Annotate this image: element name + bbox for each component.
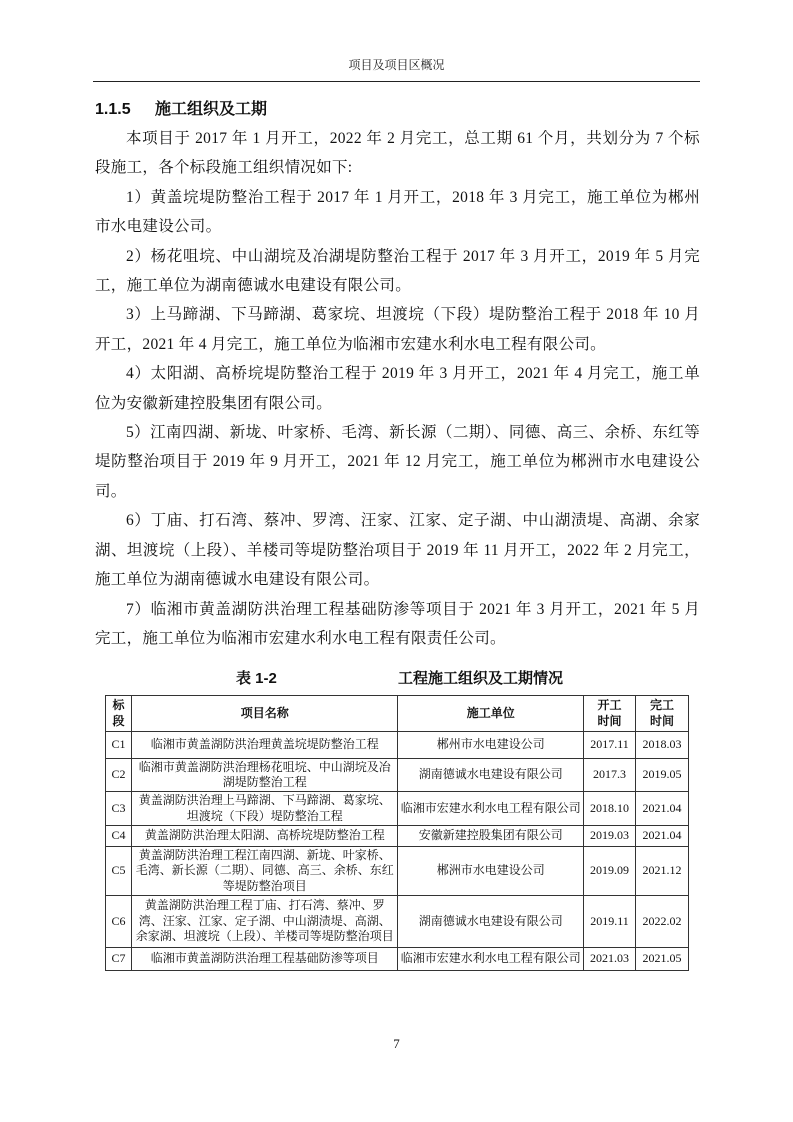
running-header: 项目及项目区概况 xyxy=(0,56,793,73)
cell-contractor: 安徽新建控股集团有限公司 xyxy=(398,826,584,847)
cell-section: C5 xyxy=(106,847,132,896)
paragraph-item-5: 5）江南四湖、新垅、叶家桥、毛湾、新长源（二期）、同德、高三、余桥、东红等堤防整… xyxy=(95,418,700,506)
cell-contractor: 郴州市水电建设公司 xyxy=(398,732,584,759)
table-row: C2 临湘市黄盖湖防洪治理杨花咀垸、中山湖垸及冶湖堤防整治工程 湖南德诚水电建设… xyxy=(106,759,689,792)
table-row: C7 临湘市黄盖湖防洪治理工程基础防渗等项目 临湘市宏建水利水电工程有限公司 2… xyxy=(106,948,689,971)
section-heading: 1.1.5施工组织及工期 xyxy=(95,96,267,119)
cell-start: 2018.10 xyxy=(584,792,636,826)
header-start-line1: 开工 xyxy=(597,698,621,712)
table-row: C1 临湘市黄盖湖防洪治理黄盖垸堤防整治工程 郴州市水电建设公司 2017.11… xyxy=(106,732,689,759)
paragraph-item-1: 1）黄盖垸堤防整治工程于 2017 年 1 月开工，2018 年 3 月完工，施… xyxy=(95,183,700,242)
table-row: C4 黄盖湖防洪治理太阳湖、高桥垸堤防整治工程 安徽新建控股集团有限公司 201… xyxy=(106,826,689,847)
cell-project: 临湘市黄盖湖防洪治理杨花咀垸、中山湖垸及冶湖堤防整治工程 xyxy=(131,759,397,792)
paragraph-item-2: 2）杨花咀垸、中山湖垸及冶湖堤防整治工程于 2017 年 3 月开工，2019 … xyxy=(95,242,700,301)
cell-start: 2019.09 xyxy=(584,847,636,896)
cell-contractor: 临湘市宏建水利水电工程有限公司 xyxy=(398,948,584,971)
cell-start: 2017.11 xyxy=(584,732,636,759)
cell-project: 黄盖湖防洪治理上马蹄湖、下马蹄湖、葛家垸、坦渡垸（下段）堤防整治工程 xyxy=(131,792,397,826)
cell-section: C7 xyxy=(106,948,132,971)
cell-section: C1 xyxy=(106,732,132,759)
cell-contractor: 郴洲市水电建设公司 xyxy=(398,847,584,896)
cell-section: C6 xyxy=(106,896,132,948)
page-number: 7 xyxy=(0,1036,793,1052)
paragraph-item-6: 6）丁庙、打石湾、蔡冲、罗湾、汪家、江家、定子湖、中山湖渍堤、高湖、余家湖、坦渡… xyxy=(95,506,700,594)
schedule-table: 标段 项目名称 施工单位 开工时间 完工时间 C1 临湘市黄盖湖防洪治理黄盖垸堤… xyxy=(105,695,689,971)
table-header-row: 标段 项目名称 施工单位 开工时间 完工时间 xyxy=(106,696,689,732)
cell-contractor: 湖南德诚水电建设有限公司 xyxy=(398,896,584,948)
header-project: 项目名称 xyxy=(131,696,397,732)
cell-project: 黄盖湖防洪治理工程丁庙、打石湾、蔡冲、罗湾、汪家、江家、定子湖、中山湖渍堤、高湖… xyxy=(131,896,397,948)
cell-contractor: 湖南德诚水电建设有限公司 xyxy=(398,759,584,792)
header-end: 完工时间 xyxy=(635,696,688,732)
cell-project: 临湘市黄盖湖防洪治理黄盖垸堤防整治工程 xyxy=(131,732,397,759)
table-row: C3 黄盖湖防洪治理上马蹄湖、下马蹄湖、葛家垸、坦渡垸（下段）堤防整治工程 临湘… xyxy=(106,792,689,826)
cell-section: C4 xyxy=(106,826,132,847)
paragraph-intro: 本项目于 2017 年 1 月开工，2022 年 2 月完工，总工期 61 个月… xyxy=(95,124,700,183)
cell-end: 2021.04 xyxy=(635,792,688,826)
cell-end: 2019.05 xyxy=(635,759,688,792)
cell-start: 2017.3 xyxy=(584,759,636,792)
table-row: C6 黄盖湖防洪治理工程丁庙、打石湾、蔡冲、罗湾、汪家、江家、定子湖、中山湖渍堤… xyxy=(106,896,689,948)
header-start-line2: 时间 xyxy=(597,714,621,728)
header-section: 标段 xyxy=(106,696,132,732)
cell-start: 2019.03 xyxy=(584,826,636,847)
paragraph-item-7: 7）临湘市黄盖湖防洪治理工程基础防渗等项目于 2021 年 3 月开工，2021… xyxy=(95,595,700,654)
table-title: 工程施工组织及工期情况 xyxy=(398,667,563,688)
cell-end: 2021.05 xyxy=(635,948,688,971)
cell-end: 2018.03 xyxy=(635,732,688,759)
cell-project: 黄盖湖防洪治理工程江南四湖、新垅、叶家桥、毛湾、新长源（二期）、同德、高三、余桥… xyxy=(131,847,397,896)
cell-section: C3 xyxy=(106,792,132,826)
cell-end: 2021.12 xyxy=(635,847,688,896)
cell-end: 2021.04 xyxy=(635,826,688,847)
paragraph-item-3: 3）上马蹄湖、下马蹄湖、葛家垸、坦渡垸（下段）堤防整治工程于 2018 年 10… xyxy=(95,300,700,359)
header-end-line2: 时间 xyxy=(650,714,674,728)
cell-project: 黄盖湖防洪治理太阳湖、高桥垸堤防整治工程 xyxy=(131,826,397,847)
header-start: 开工时间 xyxy=(584,696,636,732)
cell-project: 临湘市黄盖湖防洪治理工程基础防渗等项目 xyxy=(131,948,397,971)
section-number: 1.1.5 xyxy=(95,101,155,119)
cell-section: C2 xyxy=(106,759,132,792)
section-title: 施工组织及工期 xyxy=(155,101,267,118)
cell-start: 2021.03 xyxy=(584,948,636,971)
header-contractor: 施工单位 xyxy=(398,696,584,732)
table-number: 表 1-2 xyxy=(236,667,277,688)
header-end-line1: 完工 xyxy=(650,698,674,712)
cell-contractor: 临湘市宏建水利水电工程有限公司 xyxy=(398,792,584,826)
cell-end: 2022.02 xyxy=(635,896,688,948)
cell-start: 2019.11 xyxy=(584,896,636,948)
body-text: 本项目于 2017 年 1 月开工，2022 年 2 月完工，总工期 61 个月… xyxy=(95,124,700,653)
table-row: C5 黄盖湖防洪治理工程江南四湖、新垅、叶家桥、毛湾、新长源（二期）、同德、高三… xyxy=(106,847,689,896)
paragraph-item-4: 4）太阳湖、高桥垸堤防整治工程于 2019 年 3 月开工，2021 年 4 月… xyxy=(95,359,700,418)
header-divider xyxy=(93,81,700,82)
